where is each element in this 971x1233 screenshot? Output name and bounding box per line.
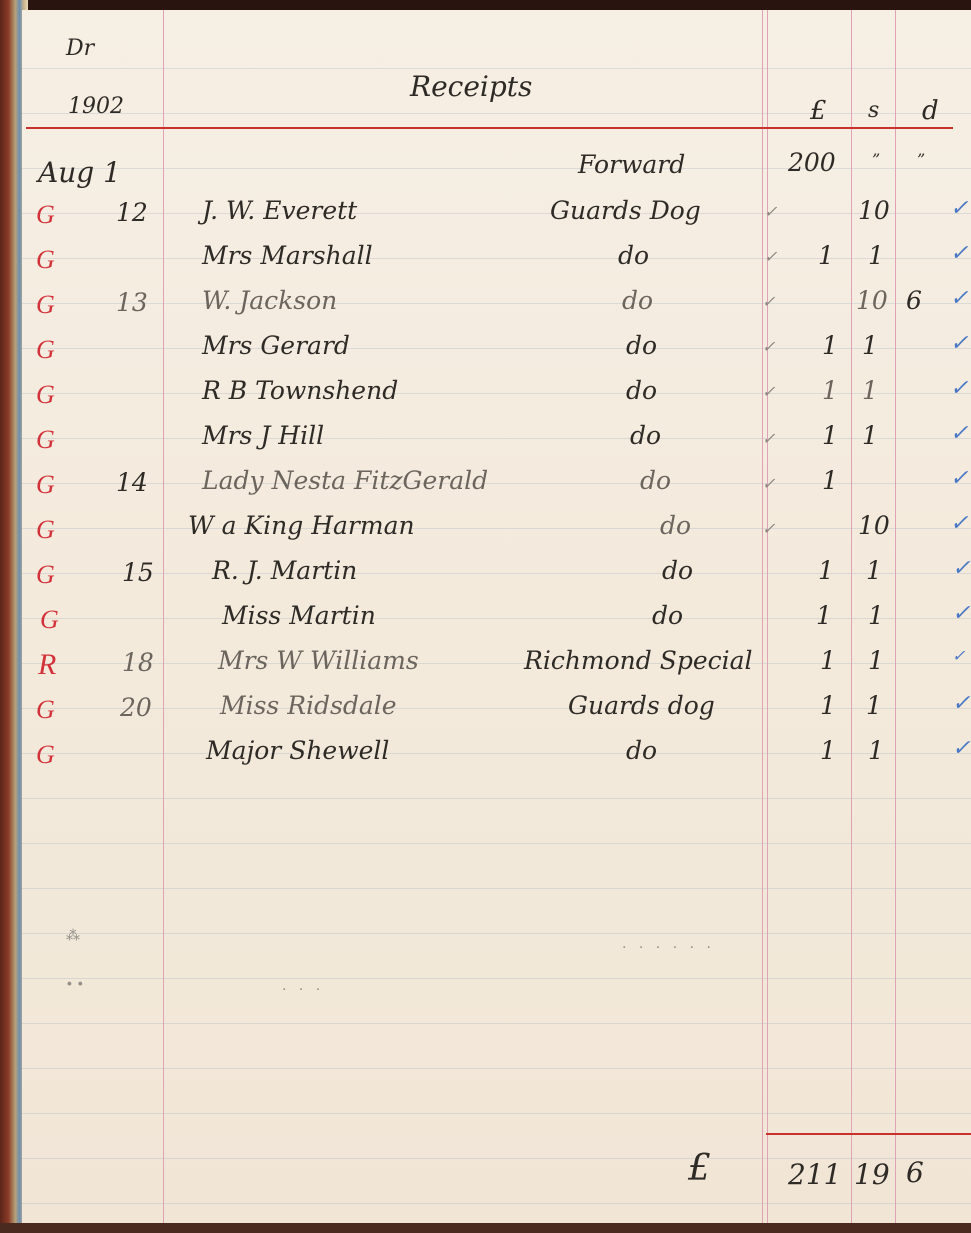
entry-shillings: 1	[862, 376, 878, 405]
entry-code: G	[36, 515, 55, 545]
shillings-header: s	[868, 98, 879, 123]
shillings-column-line	[851, 10, 852, 1223]
entry-description: do	[640, 466, 671, 495]
entry-description: do	[662, 556, 693, 585]
entry-description: do	[630, 421, 661, 450]
entry-shillings: 10	[858, 511, 890, 540]
forward-shillings: ”	[872, 150, 880, 169]
entry-name: Mrs Gerard	[202, 331, 350, 360]
pence-column-line	[895, 10, 896, 1223]
entry-name: Major Shewell	[206, 736, 389, 765]
check-icon: ✓	[762, 474, 775, 493]
entry-description: Guards dog	[568, 691, 715, 720]
entry-description: do	[622, 286, 653, 315]
check-icon: ✓	[762, 337, 775, 356]
blue-check-icon: ✓	[950, 466, 968, 491]
entry-description: do	[626, 376, 657, 405]
total-shillings: 19	[854, 1158, 890, 1191]
pounds-header: £	[810, 96, 827, 126]
entry-name: Mrs W Williams	[218, 646, 419, 675]
entry-pence: 6	[906, 286, 922, 315]
entry-name: R. J. Martin	[212, 556, 357, 585]
entry-code: G	[36, 200, 55, 230]
blue-check-icon: ✓	[950, 286, 968, 311]
entry-description: Guards Dog	[550, 196, 701, 225]
forward-description: Forward	[578, 150, 685, 179]
book-top-edge	[0, 0, 971, 10]
blue-check-icon: ✓	[952, 691, 970, 716]
entry-name: Mrs Marshall	[202, 241, 373, 270]
check-icon: ✓	[762, 292, 775, 311]
entry-shillings: 10	[858, 196, 890, 225]
entry-code: G	[36, 290, 55, 320]
entry-description: Richmond Special	[524, 646, 753, 675]
entry-code: G	[36, 335, 55, 365]
entry-description: do	[652, 601, 683, 630]
ink-speck: ⁂	[66, 928, 84, 944]
entry-name: R B Townshend	[202, 376, 398, 405]
blue-check-icon: ✓	[952, 736, 970, 761]
entry-description: do	[618, 241, 649, 270]
pound-sign-icon: £	[688, 1148, 711, 1189]
entry-day: 15	[122, 558, 154, 587]
entry-name: W. Jackson	[202, 286, 337, 315]
entry-shillings: 1	[862, 421, 878, 450]
check-icon: ✓	[764, 202, 777, 221]
check-icon: ✓	[762, 429, 775, 448]
entry-pounds: 1	[822, 466, 838, 495]
entry-shillings: 1	[868, 646, 884, 675]
pence-header: d	[922, 96, 939, 126]
forward-date: Aug 1	[38, 156, 121, 189]
blue-check-icon: ✓	[952, 601, 970, 626]
entry-description: do	[660, 511, 691, 540]
page-title: Receipts	[410, 70, 532, 103]
check-icon: ✓	[762, 519, 775, 538]
forward-pence: ”	[917, 150, 925, 169]
entry-name: Mrs J Hill	[202, 421, 324, 450]
entry-day: 13	[116, 288, 148, 317]
blue-check-icon: ✓	[950, 241, 968, 266]
entry-day: 12	[116, 198, 148, 227]
entry-code: G	[36, 470, 55, 500]
entry-shillings: 1	[866, 691, 882, 720]
book-bottom-edge	[0, 1223, 971, 1233]
entry-shillings: 1	[868, 601, 884, 630]
blue-check-icon: ✓	[950, 376, 968, 401]
entry-shillings: 1	[868, 241, 884, 270]
ledger-page: Dr 1902 Receipts £ s d Aug 1 Forward 200…	[22, 10, 971, 1223]
check-icon: ✓	[764, 247, 777, 266]
entry-name: Miss Martin	[222, 601, 376, 630]
pounds-column-line	[762, 10, 768, 1223]
blue-check-icon: ✓	[952, 646, 965, 665]
entry-name: Lady Nesta FitzGerald	[202, 466, 488, 495]
side-label: Dr	[66, 36, 94, 61]
entry-code: R	[38, 648, 56, 682]
entry-code: G	[36, 245, 55, 275]
blue-check-icon: ✓	[950, 331, 968, 356]
total-pence: 6	[906, 1156, 924, 1189]
entry-day: 14	[116, 468, 148, 497]
entry-code: G	[40, 605, 59, 635]
entry-code: G	[36, 560, 55, 590]
ink-speck: · · · · · ·	[622, 940, 715, 956]
entry-description: do	[626, 331, 657, 360]
entry-description: do	[626, 736, 657, 765]
entry-pounds: 1	[818, 556, 834, 585]
entry-pounds: 1	[822, 421, 838, 450]
entry-code: G	[36, 740, 55, 770]
ink-speck: ∙∙	[66, 976, 88, 992]
check-icon: ✓	[762, 382, 775, 401]
entry-name: W a King Harman	[188, 511, 415, 540]
entry-code: G	[36, 425, 55, 455]
total-rule	[766, 1133, 971, 1135]
entry-name: Miss Ridsdale	[220, 691, 397, 720]
entry-name: J. W. Everett	[202, 196, 357, 225]
ink-speck: · · ·	[282, 982, 324, 998]
year: 1902	[68, 94, 124, 119]
entry-pounds: 1	[820, 736, 836, 765]
entry-pounds: 1	[818, 241, 834, 270]
blue-check-icon: ✓	[950, 421, 968, 446]
entry-shillings: 10	[856, 286, 888, 315]
blue-check-icon: ✓	[950, 511, 968, 536]
entry-pounds: 1	[816, 601, 832, 630]
entry-day: 18	[122, 648, 154, 677]
entry-shillings: 1	[868, 736, 884, 765]
entry-shillings: 1	[866, 556, 882, 585]
entry-pounds: 1	[822, 331, 838, 360]
blue-check-icon: ✓	[952, 556, 970, 581]
blue-check-icon: ✓	[950, 196, 968, 221]
forward-pounds: 200	[788, 148, 836, 177]
entry-shillings: 1	[862, 331, 878, 360]
entry-pounds: 1	[820, 691, 836, 720]
entry-pounds: 1	[820, 646, 836, 675]
entry-code: G	[36, 695, 55, 725]
date-column-line	[163, 10, 164, 1223]
entry-code: G	[36, 380, 55, 410]
entry-day: 20	[120, 693, 152, 722]
total-pounds: 211	[788, 1158, 841, 1191]
header-rule	[26, 127, 953, 129]
entry-pounds: 1	[822, 376, 838, 405]
